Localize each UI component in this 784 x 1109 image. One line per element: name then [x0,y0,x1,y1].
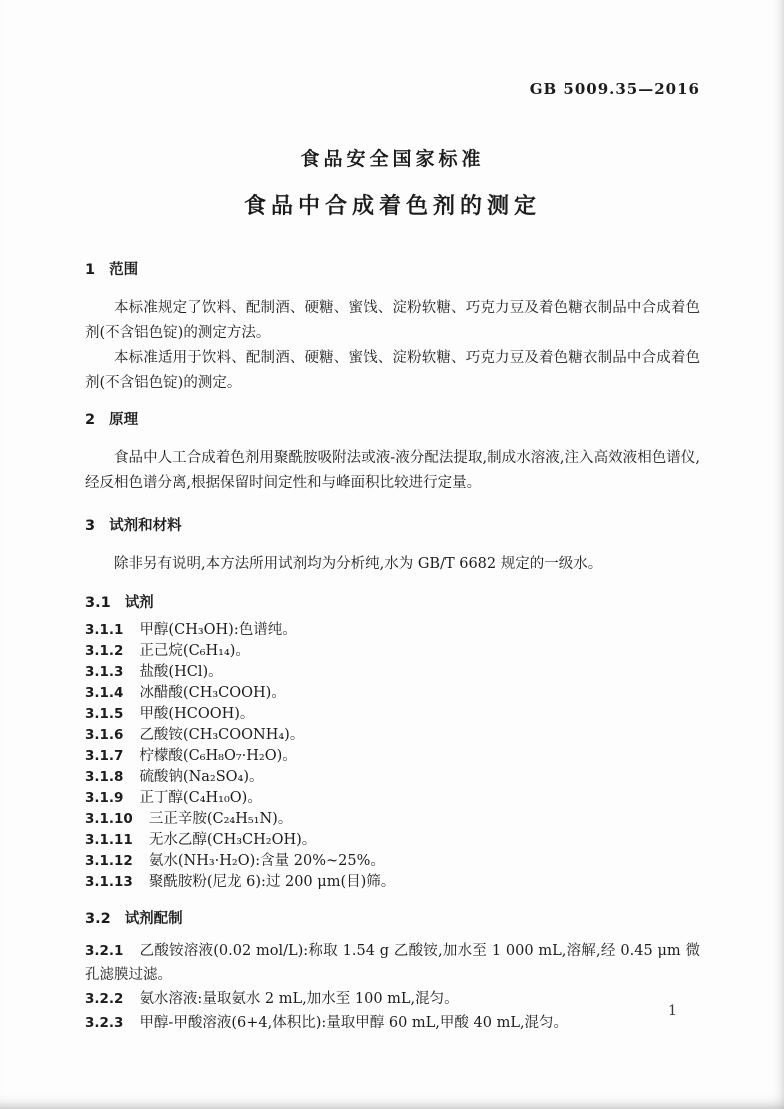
clause-number: 3.2.1 [85,943,123,959]
clause-number: 3.1.7 [85,748,123,764]
section-title: 试剂和材料 [109,518,182,534]
clause-number: 3.1.8 [85,769,123,785]
clause-item: 3.1.11无水乙醇(CH₃CH₂OH)。 [85,830,700,851]
document-page: GB 5009.35—2016 食品安全国家标准 食品中合成着色剂的测定 1范围… [0,0,784,1109]
clause-text: 甲醇(CH₃OH):色谱纯。 [139,622,296,638]
section-title: 原理 [109,412,138,428]
clause-item: 3.1.9正丁醇(C₄H₁₀O)。 [85,788,700,809]
clause-item: 3.1.7柠檬酸(C₆H₈O₇·H₂O)。 [85,746,700,767]
clause-text: 硫酸钠(Na₂SO₄)。 [139,769,263,785]
subsection-number: 3.2 [85,911,111,927]
clause-text: 氨水溶液:量取氨水 2 mL,加水至 100 mL,混匀。 [139,991,458,1007]
subsection-title: 试剂配制 [125,911,183,927]
clause-number: 3.1.13 [85,874,133,890]
clause-item: 3.2.3甲醇-甲酸溶液(6+4,体积比):量取甲醇 60 mL,甲酸 40 m… [85,1011,700,1035]
clause-number: 3.1.11 [85,832,133,848]
clause-number: 3.1.12 [85,853,133,869]
section-number: 2 [85,412,95,428]
section-number: 3 [85,518,95,534]
subsection-number: 3.1 [85,595,111,611]
section-scope-body: 本标准规定了饮料、配制酒、硬糖、蜜饯、淀粉软糖、巧克力豆及着色糖衣制品中合成着色… [85,296,700,396]
clause-number: 3.1.9 [85,790,123,806]
clause-item: 3.1.3盐酸(HCl)。 [85,662,700,683]
clause-text: 甲醇-甲酸溶液(6+4,体积比):量取甲醇 60 mL,甲酸 40 mL,混匀。 [139,1015,568,1031]
clause-number: 3.1.10 [85,811,133,827]
reagent-list: 3.1.1甲醇(CH₃OH):色谱纯。 3.1.2正己烷(C₆H₁₄)。 3.1… [85,620,700,893]
standard-number: GB 5009.35—2016 [85,80,700,98]
document-title-line1: 食品安全国家标准 [85,144,700,171]
clause-item: 3.1.4冰醋酸(CH₃COOH)。 [85,683,700,704]
clause-number: 3.1.5 [85,706,123,722]
clause-item: 3.1.8硫酸钠(Na₂SO₄)。 [85,767,700,788]
subsection-heading-reagent-preparation: 3.2试剂配制 [85,909,700,929]
clause-item: 3.1.2正己烷(C₆H₁₄)。 [85,641,700,662]
clause-number: 3.1.1 [85,622,123,638]
section-heading-scope: 1范围 [85,260,700,280]
paragraph: 本标准适用于饮料、配制酒、硬糖、蜜饯、淀粉软糖、巧克力豆及着色糖衣制品中合成着色… [85,346,700,396]
document-title-line2: 食品中合成着色剂的测定 [85,189,700,220]
clause-item: 3.1.5甲酸(HCOOH)。 [85,704,700,725]
clause-text: 甲酸(HCOOH)。 [139,706,254,722]
page-number: 1 [668,1003,677,1019]
section-heading-principle: 2原理 [85,410,700,430]
clause-item: 3.1.12氨水(NH₃·H₂O):含量 20%~25%。 [85,851,700,872]
clause-text: 无水乙醇(CH₃CH₂OH)。 [149,832,316,848]
clause-item: 3.2.2氨水溶液:量取氨水 2 mL,加水至 100 mL,混匀。 [85,987,700,1011]
preparation-list: 3.2.1乙酸铵溶液(0.02 mol/L):称取 1.54 g 乙酸铵,加水至… [85,939,700,1035]
clause-item: 3.1.1甲醇(CH₃OH):色谱纯。 [85,620,700,641]
section-number: 1 [85,262,95,278]
clause-number: 3.1.2 [85,643,123,659]
clause-text: 柠檬酸(C₆H₈O₇·H₂O)。 [139,748,296,764]
clause-number: 3.1.4 [85,685,123,701]
clause-text: 正己烷(C₆H₁₄)。 [139,643,250,659]
clause-item: 3.1.10三正辛胺(C₂₄H₅₁N)。 [85,809,700,830]
clause-number: 3.1.6 [85,727,123,743]
paragraph: 本标准规定了饮料、配制酒、硬糖、蜜饯、淀粉软糖、巧克力豆及着色糖衣制品中合成着色… [85,296,700,346]
clause-text: 乙酸铵溶液(0.02 mol/L):称取 1.54 g 乙酸铵,加水至 1 00… [85,943,700,983]
clause-item: 3.1.13聚酰胺粉(尼龙 6):过 200 μm(目)筛。 [85,872,700,893]
clause-number: 3.2.3 [85,1015,123,1031]
clause-text: 正丁醇(C₄H₁₀O)。 [139,790,261,806]
paragraph: 食品中人工合成着色剂用聚酰胺吸附法或液-液分配法提取,制成水溶液,注入高效液相色… [85,446,700,496]
clause-text: 氨水(NH₃·H₂O):含量 20%~25%。 [149,853,385,869]
subsection-heading-reagents: 3.1试剂 [85,593,700,613]
section-principle-body: 食品中人工合成着色剂用聚酰胺吸附法或液-液分配法提取,制成水溶液,注入高效液相色… [85,446,700,496]
clause-number: 3.2.2 [85,991,123,1007]
subsection-title: 试剂 [125,595,154,611]
clause-text: 盐酸(HCl)。 [139,664,222,680]
clause-text: 乙酸铵(CH₃COONH₄)。 [139,727,304,743]
section-heading-reagents-materials: 3试剂和材料 [85,516,700,536]
section-reagents-body: 除非另有说明,本方法所用试剂均为分析纯,水为 GB/T 6682 规定的一级水。 [85,552,700,577]
clause-text: 三正辛胺(C₂₄H₅₁N)。 [149,811,293,827]
paragraph: 除非另有说明,本方法所用试剂均为分析纯,水为 GB/T 6682 规定的一级水。 [85,552,700,577]
clause-number: 3.1.3 [85,664,123,680]
clause-item: 3.2.1乙酸铵溶液(0.02 mol/L):称取 1.54 g 乙酸铵,加水至… [85,939,700,987]
clause-text: 冰醋酸(CH₃COOH)。 [139,685,285,701]
section-title: 范围 [109,262,138,278]
clause-text: 聚酰胺粉(尼龙 6):过 200 μm(目)筛。 [149,874,395,890]
clause-item: 3.1.6乙酸铵(CH₃COONH₄)。 [85,725,700,746]
